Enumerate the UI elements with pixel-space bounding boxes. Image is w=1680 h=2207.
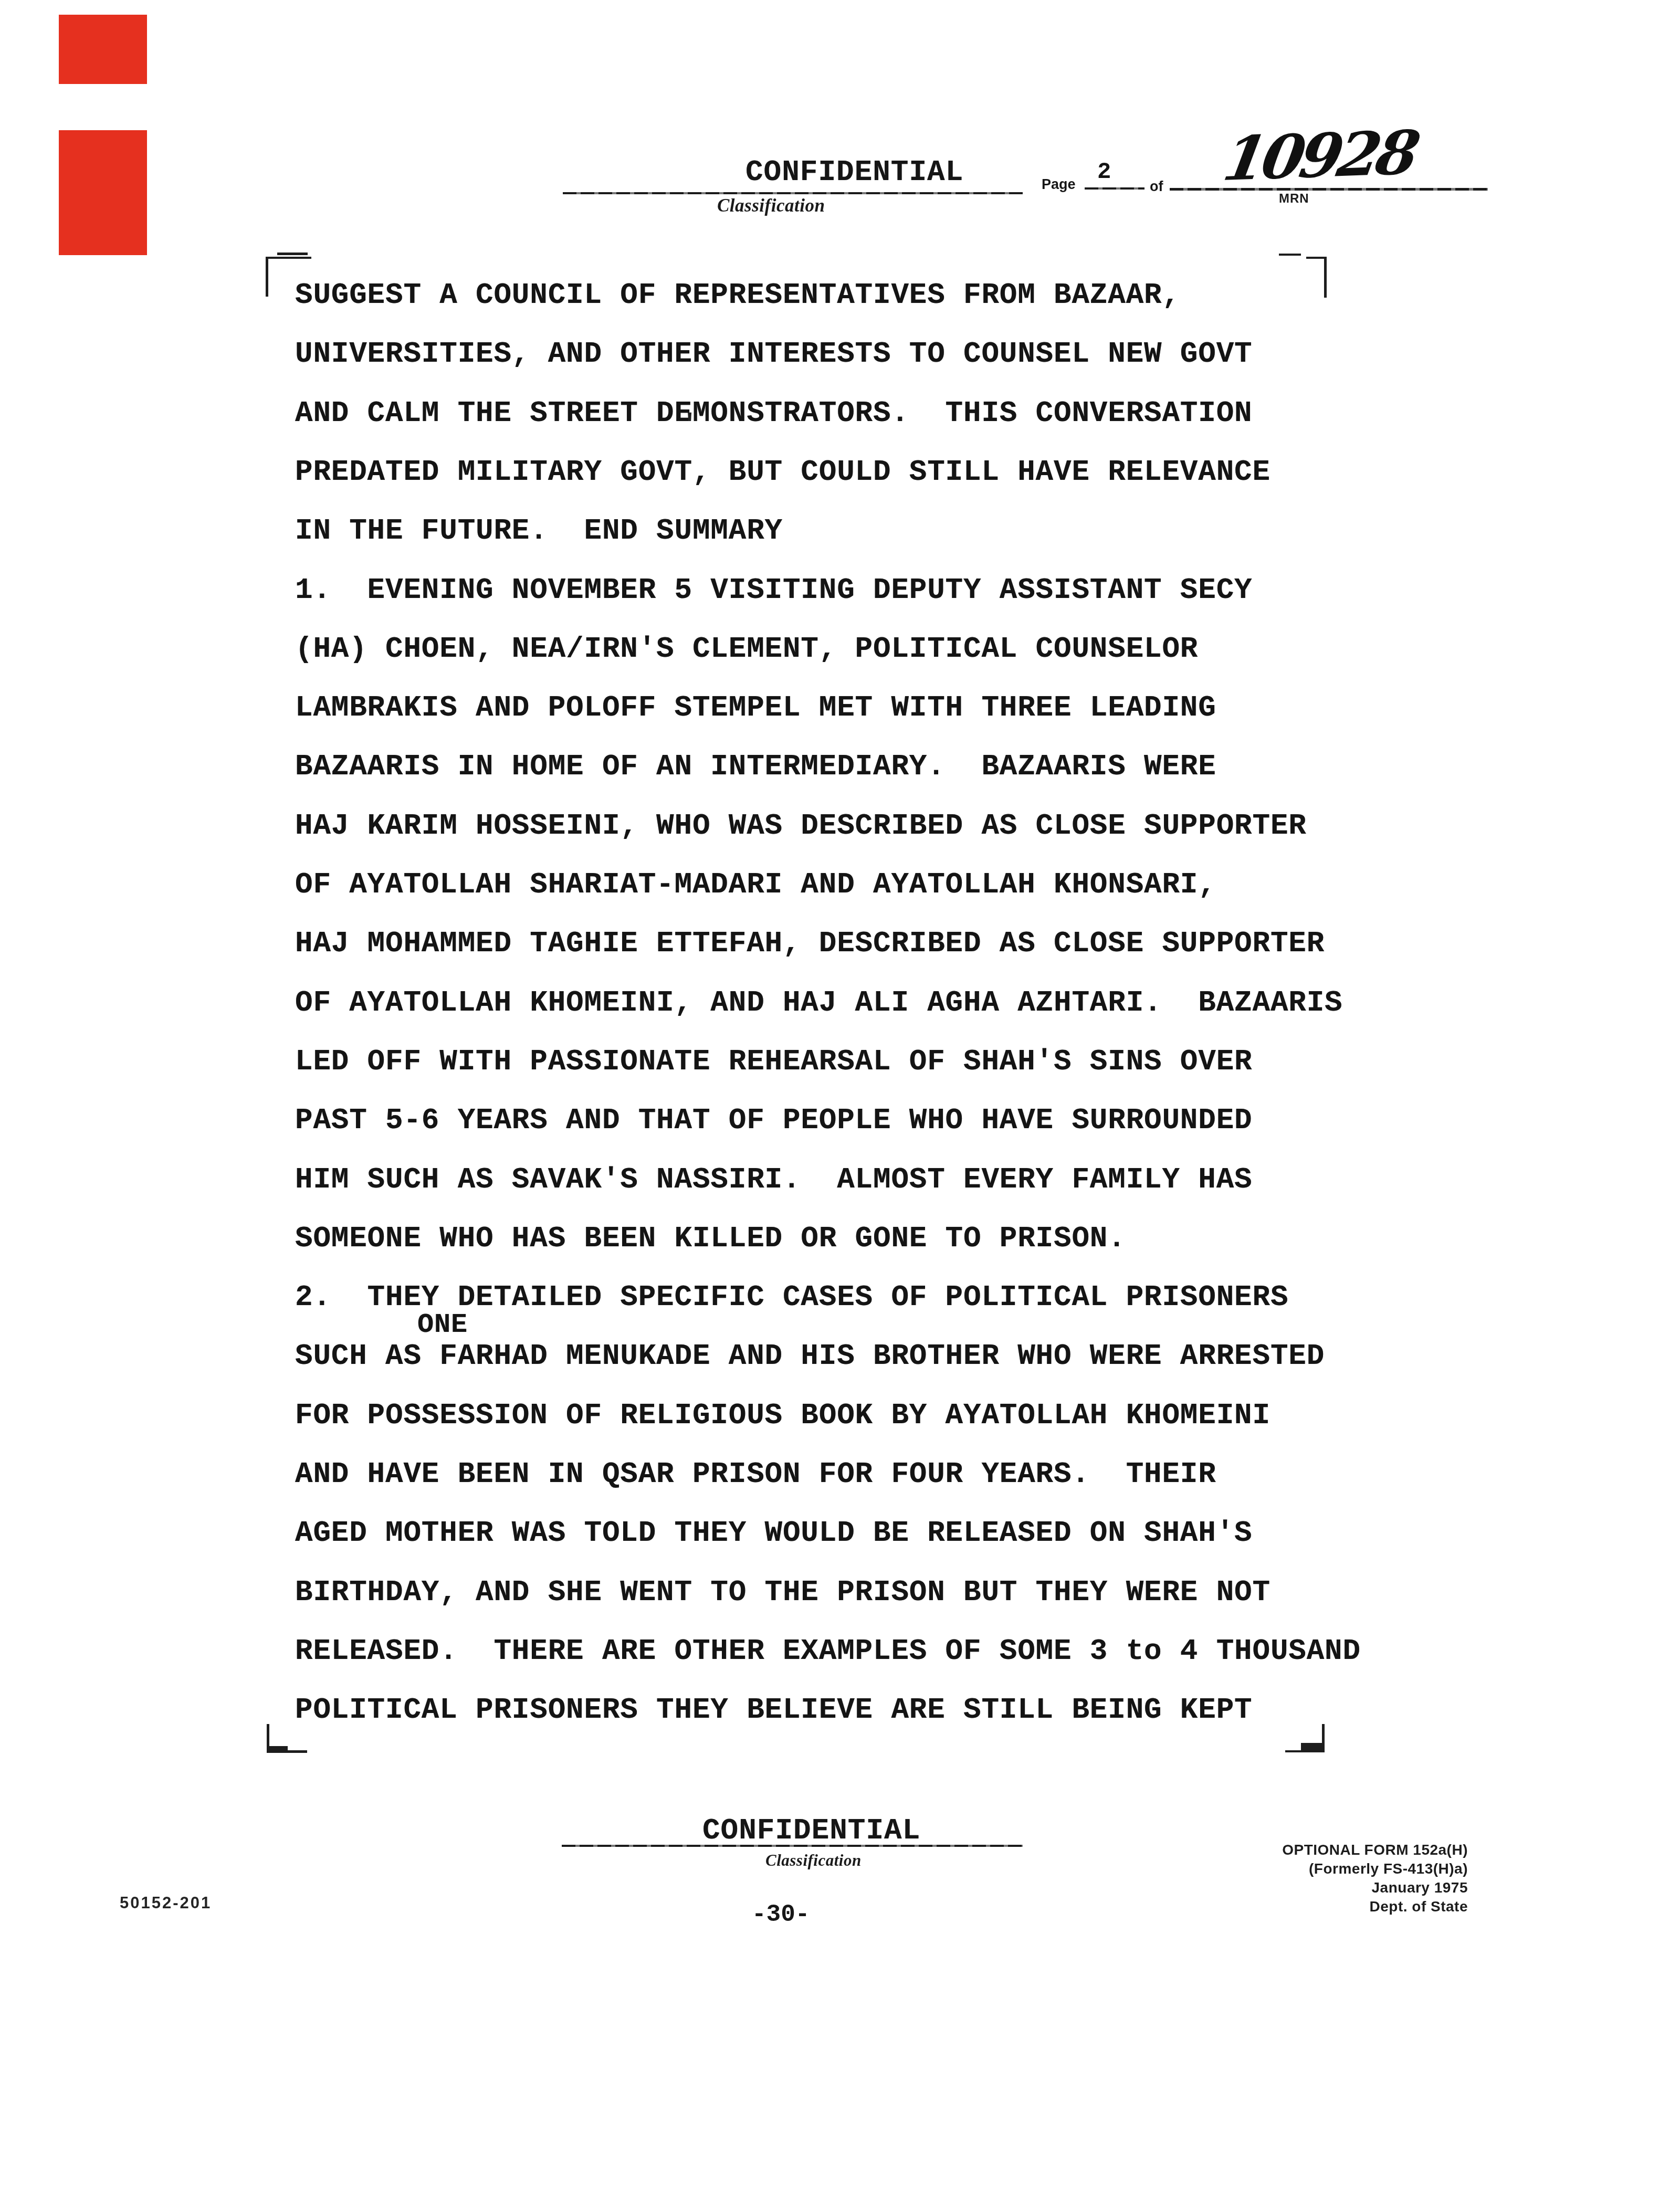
crop-mark-top-right bbox=[1306, 257, 1327, 298]
body-line: BAZAARIS IN HOME OF AN INTERMEDIARY. BAZ… bbox=[295, 751, 1216, 782]
body-line: OF AYATOLLAH KHOMEINI, AND HAJ ALI AGHA … bbox=[295, 987, 1343, 1018]
header-classification-rule bbox=[563, 192, 1023, 194]
red-scan-mark bbox=[59, 130, 147, 255]
body-line: BIRTHDAY, AND SHE WENT TO THE PRISON BUT… bbox=[295, 1577, 1270, 1608]
body-line: PREDATED MILITARY GOVT, BUT COULD STILL … bbox=[295, 456, 1270, 488]
body-line: 1. EVENING NOVEMBER 5 VISITING DEPUTY AS… bbox=[295, 574, 1253, 606]
page-label: Page bbox=[1042, 176, 1076, 192]
crop-mark-bottom-right-stub bbox=[1301, 1743, 1322, 1750]
mrn-label: MRN bbox=[1279, 192, 1309, 206]
crop-mark-top-left-dash bbox=[277, 253, 308, 255]
body-line: SOMEONE WHO HAS BEEN KILLED OR GONE TO P… bbox=[295, 1223, 1126, 1254]
telegram-page: CONFIDENTIAL Classification Page 2 of 10… bbox=[0, 0, 1680, 2207]
crop-mark-top-right-dash bbox=[1279, 254, 1301, 256]
of-label: of bbox=[1150, 178, 1163, 194]
form-stock-number: 50152-201 bbox=[120, 1894, 212, 1912]
body-line: AGED MOTHER WAS TOLD THEY WOULD BE RELEA… bbox=[295, 1517, 1253, 1549]
header-classification-label: Classification bbox=[717, 195, 825, 216]
stray-typed-mark: ' bbox=[681, 411, 698, 440]
footer-classification: CONFIDENTIAL bbox=[702, 1814, 920, 1847]
body-line: IN THE FUTURE. END SUMMARY bbox=[295, 515, 783, 547]
body-line: RELEASED. THERE ARE OTHER EXAMPLES OF SO… bbox=[295, 1635, 1361, 1667]
body-line: PAST 5-6 YEARS AND THAT OF PEOPLE WHO HA… bbox=[295, 1105, 1253, 1136]
body-line: LAMBRAKIS AND POLOFF STEMPEL MET WITH TH… bbox=[295, 692, 1216, 723]
body-line: POLITICAL PRISONERS THEY BELIEVE ARE STI… bbox=[295, 1694, 1253, 1726]
page-number-rule bbox=[1085, 187, 1144, 190]
body-line: (HA) CHOEN, NEA/IRN'S CLEMENT, POLITICAL… bbox=[295, 633, 1198, 665]
body-line: AND CALM THE STREET DEMONSTRATORS. THIS … bbox=[295, 397, 1253, 429]
body-line: HAJ KARIM HOSSEINI, WHO WAS DESCRIBED AS… bbox=[295, 810, 1307, 842]
end-of-message-mark: -30- bbox=[752, 1901, 810, 1928]
red-scan-mark bbox=[59, 15, 147, 84]
body-line: SUCH AS FARHAD MENUKADE AND HIS BROTHER … bbox=[295, 1340, 1325, 1372]
body-line: AND HAVE BEEN IN QSAR PRISON FOR FOUR YE… bbox=[295, 1458, 1216, 1490]
footer-classification-label: Classification bbox=[765, 1851, 862, 1870]
body-line: HAJ MOHAMMED TAGHIE ETTEFAH, DESCRIBED A… bbox=[295, 928, 1325, 959]
form-identification-block: OPTIONAL FORM 152a(H) (Formerly FS-413(H… bbox=[1282, 1841, 1468, 1916]
body-line: HIM SUCH AS SAVAK'S NASSIRI. ALMOST EVER… bbox=[295, 1164, 1253, 1195]
body-line: LED OFF WITH PASSIONATE REHEARSAL OF SHA… bbox=[295, 1046, 1253, 1077]
footer-classification-rule bbox=[562, 1845, 1023, 1847]
page-number: 2 bbox=[1097, 160, 1111, 185]
header-classification: CONFIDENTIAL bbox=[745, 156, 963, 188]
body-line: SUGGEST A COUNCIL OF REPRESENTATIVES FRO… bbox=[295, 279, 1180, 311]
crop-mark-bottom-left-stub bbox=[268, 1746, 288, 1752]
body-line: OF AYATOLLAH SHARIAT-MADARI AND AYATOLLA… bbox=[295, 869, 1216, 900]
body-line: 2. THEY DETAILED SPECIFIC CASES OF POLIT… bbox=[295, 1281, 1288, 1313]
mrn-handwritten-number: 10928 bbox=[1219, 123, 1420, 190]
typed-insertion-note: ONE bbox=[417, 1310, 468, 1340]
body-line: UNIVERSITIES, AND OTHER INTERESTS TO COU… bbox=[295, 338, 1253, 370]
body-line: FOR POSSESSION OF RELIGIOUS BOOK BY AYAT… bbox=[295, 1400, 1270, 1431]
